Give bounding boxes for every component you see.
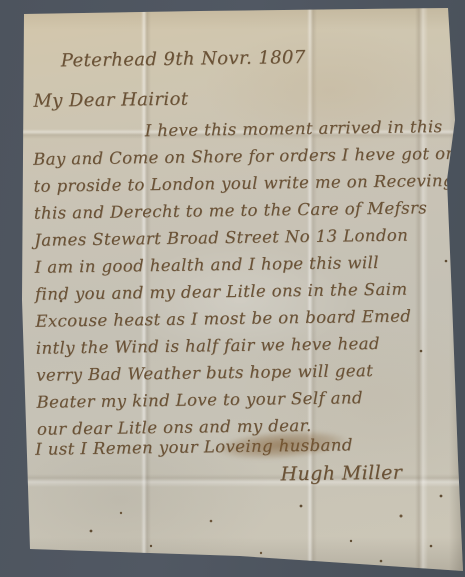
closing-prefix: I ust I Remen your [35,437,204,458]
letter-salutation: My Dear Hairiot [33,89,188,112]
letter-content: Peterhead 9th Novr. 1807 My Dear Hairiot… [0,0,465,577]
closing-smudged-words: Loveing husband [204,435,353,456]
ink-speckles [0,0,2,2]
letter-signature: Hugh Miller [280,462,402,486]
letter-dateline: Peterhead 9th Novr. 1807 [61,47,306,71]
letter-photograph: Peterhead 9th Novr. 1807 My Dear Hairiot… [0,0,465,577]
letter-body: I heve this moment arrived in this Bay a… [33,113,447,443]
letter-body-line: Excouse heast as I most be on board Emed [35,302,445,335]
letter-body-line: James Stewart Broad Street No 13 London [34,221,444,254]
letter-paper: Peterhead 9th Novr. 1807 My Dear Hairiot… [0,0,465,577]
letter-closing: I ust I Remen your Loveing husband [35,435,353,458]
